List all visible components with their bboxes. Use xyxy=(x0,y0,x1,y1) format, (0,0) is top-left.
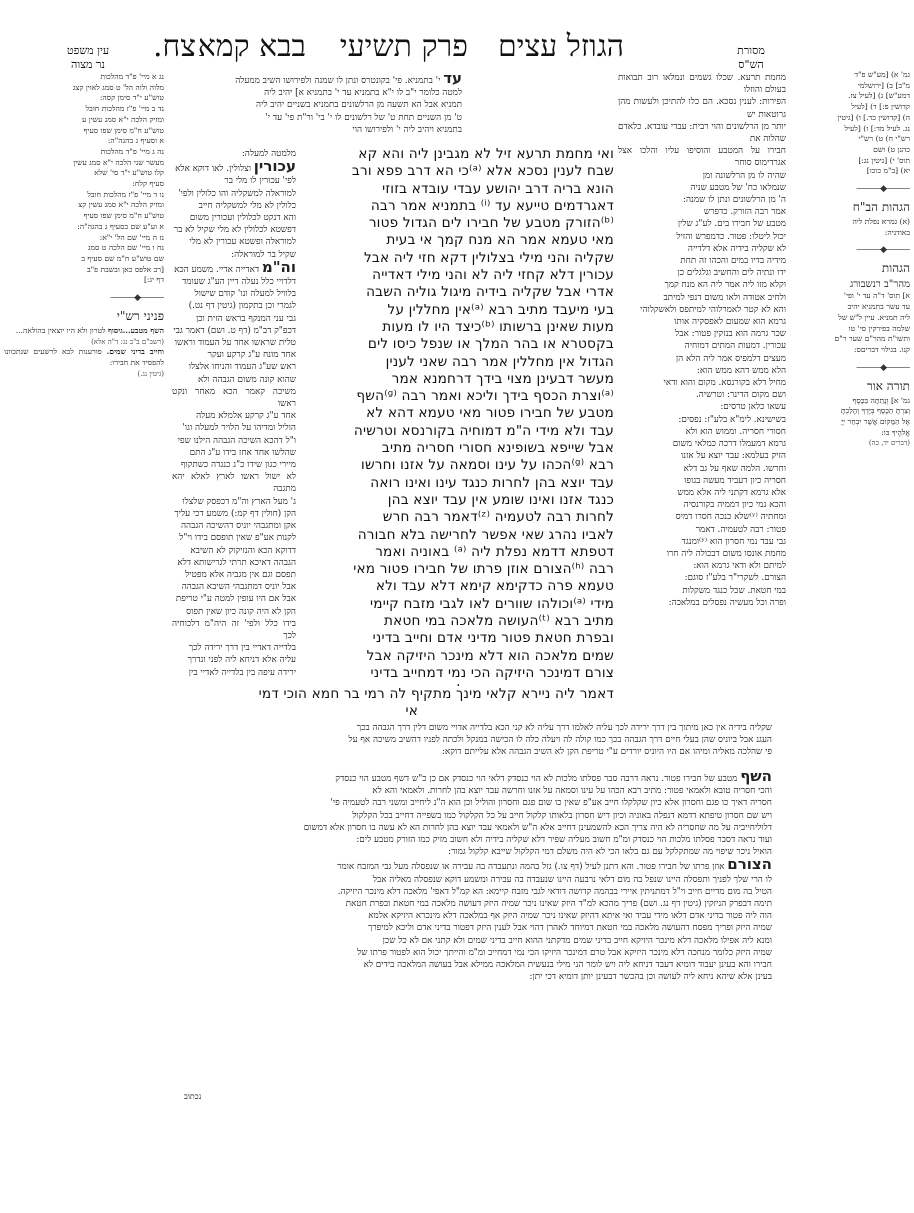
tosafot-dibbur-hatzorem: הצורם xyxy=(727,855,772,873)
penine-entry: וחייב בדיני שמים. פורענות לבא לרשעים שנת… xyxy=(4,347,164,368)
chapter-number: פרק תשיעי xyxy=(340,30,468,64)
ornament-divider: ———◆——— xyxy=(792,244,910,256)
hagahot-subtitle: מהר"ב רנשבורג xyxy=(792,278,910,291)
folio-number: צח. xyxy=(153,30,196,64)
chapter-name: הגוזל עצים xyxy=(498,30,624,64)
ein-mishpat-line1: עין משפט xyxy=(48,44,128,58)
ornament-divider: ———◆——— xyxy=(4,292,164,304)
tosafot-commentary: עד י' בתמניא. פי' בקונטרס ונתן לו שמנה ו… xyxy=(172,72,462,150)
torah-or-reference: (דברים יד, כה) xyxy=(792,438,910,449)
ein-mishpat-column: נג א מיי' פ"ד מהלכות מלוה ולוה הל' ט סמג… xyxy=(4,72,164,492)
ornament-divider: ———◆——— xyxy=(792,183,910,195)
masoret-hashas-refs: גמ' א) [מע"ש פ"ד מ"ב] ב) [ירושלמי דמע"ש]… xyxy=(792,70,910,177)
tosafot-dibbur-hamatchil: עד xyxy=(443,72,462,87)
ein-mishpat-line2: נר מצוה xyxy=(48,58,128,72)
penine-rashi-title: פניני רש"י xyxy=(4,308,164,324)
tosafot-dibbur-akhurin: עכורין xyxy=(254,157,296,175)
ornament-divider: ———◆——— xyxy=(792,362,910,374)
tosafot-bottom-continuation: שקליה בידיה אין כאן מיתוך בין דרך ירידה … xyxy=(172,722,772,770)
penine-entry: השף מטבע...גיסוף לטרון ולא היו יוצאין בה… xyxy=(4,326,164,337)
masoret-label-line2: הש"ס xyxy=(716,58,786,72)
masoret-label-line1: מסורת xyxy=(716,44,786,58)
masoret-hashas-label: מסורת הש"ס xyxy=(716,44,786,72)
tosafot-dibbur-vehm: וה"מ xyxy=(262,258,296,276)
masoret-hashas-column: גמ' א) [מע"ש פ"ד מ"ב] ב) [ירושלמי דמע"ש]… xyxy=(792,70,910,500)
gemara-last-line: דאמר ליה ניירא קלאי מינך מתקיף לה רמי בר… xyxy=(184,686,614,721)
tosafot-column-continued: מלמטה למעלה: עכורין וצלולין. לאו דוקא אל… xyxy=(172,148,296,688)
ein-mishpat-label: עין משפט נר מצוה xyxy=(48,44,128,72)
torah-or-title: תורה אור xyxy=(792,378,910,394)
gemara-main-text: ואי מחמת תרעא זיל לא מגבינן ליה והא קא ש… xyxy=(316,146,614,686)
catchword: נכתוב xyxy=(184,1092,201,1101)
rashi-commentary: מחמת תרעא. שכלו גשמים ונמלאו רוב תבואות … xyxy=(618,72,786,682)
hagahot-title: הגהות xyxy=(792,260,910,276)
hagahot-habach-title: הגהות הב"ח xyxy=(792,199,910,215)
tractate-name: בבא קמא xyxy=(198,30,306,64)
lower-tosafot-block: השף מטבע של חבירו פטור. נראה דרבה סבר פס… xyxy=(172,770,772,1100)
penine-entry-ref: (גיטין נג.) xyxy=(4,369,164,380)
tosafot-dibbur-hashaf: השף xyxy=(740,770,772,785)
penine-entry-ref: (רשב"ם ב"ב נג: ד"ה אלא) xyxy=(4,337,164,348)
